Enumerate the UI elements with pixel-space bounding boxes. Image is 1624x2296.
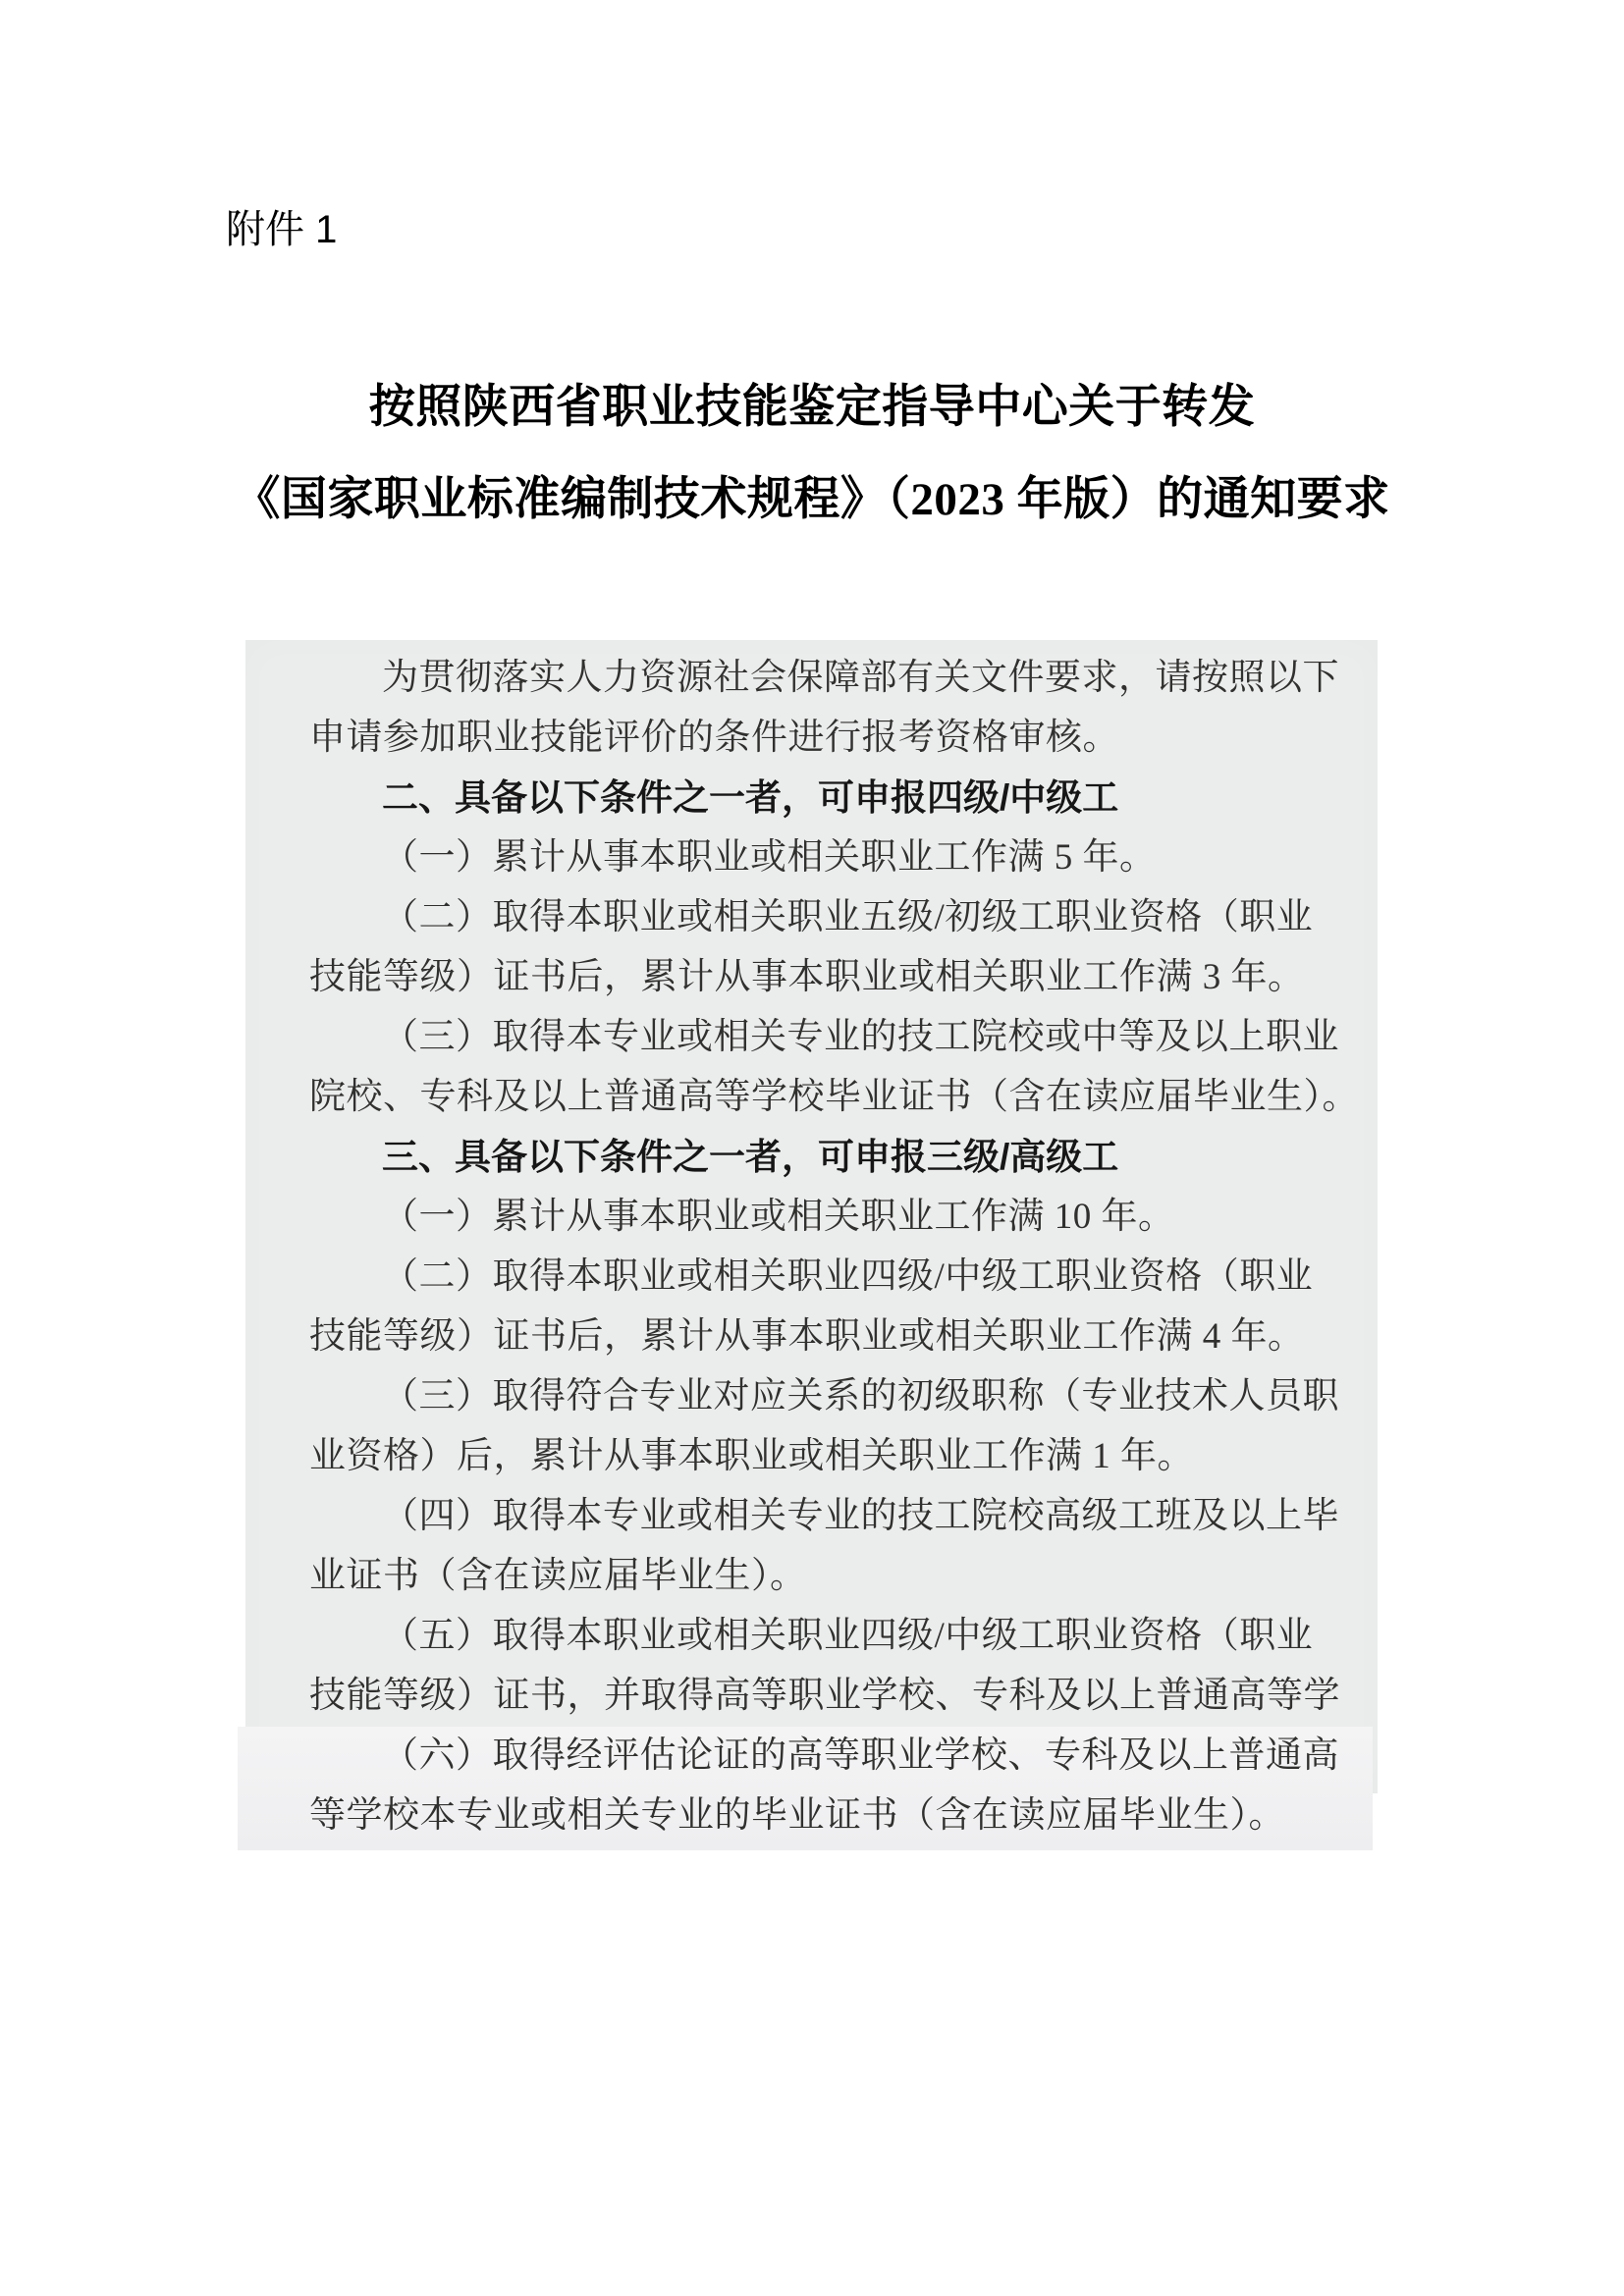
scan-line: 申请参加职业技能评价的条件进行报考资格审核。 <box>309 708 1380 768</box>
scan-heading: 二、具备以下条件之一者，可申报四级/中级工 <box>309 768 1380 828</box>
document-title-line1: 按照陕西省职业技能鉴定指导中心关于转发 <box>0 361 1624 454</box>
scan-line: 为贯彻落实人力资源社会保障部有关文件要求，请按照以下 <box>309 648 1380 708</box>
scan-line: （二）取得本职业或相关职业四级/中级工职业资格（职业 <box>309 1247 1380 1307</box>
scan-line: 技能等级）证书后，累计从事本职业或相关职业工作满 3 年。 <box>309 947 1380 1007</box>
scan-line: 业证书（含在读应届毕业生）。 <box>309 1546 1380 1606</box>
scan-line: （二）取得本职业或相关职业五级/初级工职业资格（职业 <box>309 887 1380 947</box>
document-title-line2: 《国家职业标准编制技术规程》（2023 年版）的通知要求 <box>0 454 1624 546</box>
scan-heading: 三、具备以下条件之一者，可申报三级/高级工 <box>309 1127 1380 1187</box>
scan-line: （三）取得本专业或相关专业的技工院校或中等及以上职业 <box>309 1007 1380 1067</box>
scan-line: （六）取得经评估论证的高等职业学校、专科及以上普通高 <box>309 1726 1380 1786</box>
scan-line: 技能等级）证书，并取得高等职业学校、专科及以上普通高等学 <box>309 1666 1380 1726</box>
scan-line: （一）累计从事本职业或相关职业工作满 10 年。 <box>309 1187 1380 1247</box>
scan-line: （五）取得本职业或相关职业四级/中级工职业资格（职业 <box>309 1606 1380 1666</box>
document-title: 按照陕西省职业技能鉴定指导中心关于转发 《国家职业标准编制技术规程》（2023 … <box>0 361 1624 546</box>
attachment-label: 附件 1 <box>226 206 337 253</box>
scan-line: （一）累计从事本职业或相关职业工作满 5 年。 <box>309 828 1380 887</box>
scan-line: 业资格）后，累计从事本职业或相关职业工作满 1 年。 <box>309 1426 1380 1486</box>
scan-line: 技能等级）证书后，累计从事本职业或相关职业工作满 4 年。 <box>309 1307 1380 1366</box>
scan-line: 等学校本专业或相关专业的毕业证书（含在读应届毕业生）。 <box>309 1786 1380 1845</box>
scan-line: 院校、专科及以上普通高等学校毕业证书（含在读应届毕业生）。 <box>309 1067 1380 1127</box>
scanned-notice-text: 为贯彻落实人力资源社会保障部有关文件要求，请按照以下 申请参加职业技能评价的条件… <box>309 648 1380 1845</box>
scan-line: （三）取得符合专业对应关系的初级职称（专业技术人员职 <box>309 1366 1380 1426</box>
scan-line: （四）取得本专业或相关专业的技工院校高级工班及以上毕 <box>309 1486 1380 1546</box>
